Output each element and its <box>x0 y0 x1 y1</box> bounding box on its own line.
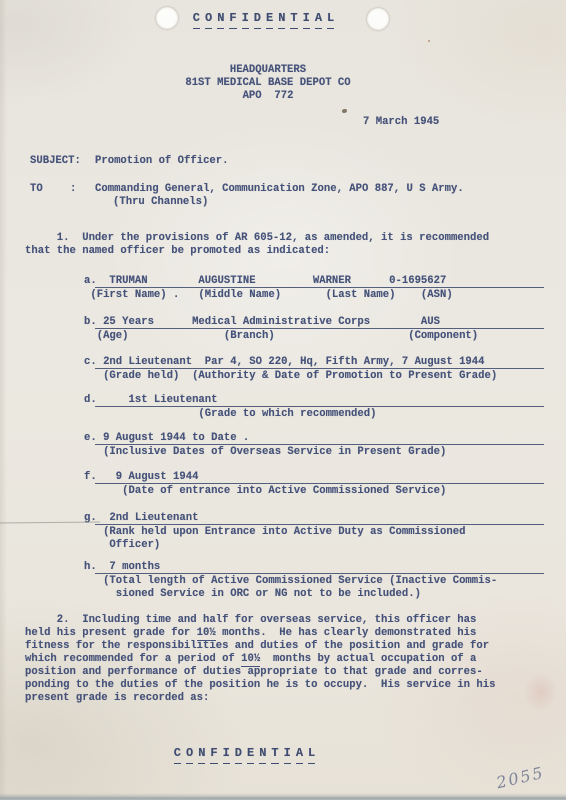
form-label-name-asn: (First Name) . (Middle Name) (Last Name)… <box>84 289 453 302</box>
paragraph-1: 1. Under the provisions of AR 605-12, as… <box>25 232 489 258</box>
to-label: TO <box>30 183 43 196</box>
form-label-service-length: (Total length of Active Commissioned Ser… <box>84 575 497 601</box>
form-underline <box>95 573 544 574</box>
form-item-c: c. 2nd Lieutenant Par 4, SO 220, Hq, Fif… <box>0 356 566 386</box>
months-in-grade-value: 10½ <box>197 627 216 641</box>
document-date: 7 March 1945 <box>363 116 439 129</box>
form-underline <box>95 368 544 369</box>
scan-bed-edge <box>0 793 566 800</box>
form-underline <box>95 287 544 288</box>
to-routing: (Thru Channels) <box>113 196 208 209</box>
form-item-b: b. 25 Years Medical Administrative Corps… <box>0 316 566 346</box>
form-item-f: f. 9 August 1944 (Date of entrance into … <box>0 471 566 501</box>
form-item-g: g. 2nd Lieutenant (Rank held upon Entran… <box>0 512 566 542</box>
form-label-grade-recommended: (Grade to which recommended) <box>84 408 376 421</box>
classification-banner-bottom: CONFIDENTIAL <box>0 746 566 764</box>
form-label-entrance-date: (Date of entrance into Active Commission… <box>84 485 446 498</box>
ink-speck <box>342 109 347 113</box>
letterhead: HEADQUARTERS 81ST MEDICAL BASE DEPOT CO … <box>0 64 566 103</box>
form-item-d: d. 1st Lieutenant (Grade to which recomm… <box>0 394 566 424</box>
form-underline <box>95 483 544 484</box>
form-label-overseas-dates: (Inclusive Dates of Overseas Service in … <box>84 446 446 459</box>
form-item-a: a. TRUMAN AUGUSTINE WARNER 0-1695627 (Fi… <box>0 275 566 305</box>
document-page: CONFIDENTIAL HEADQUARTERS 81ST MEDICAL B… <box>0 0 566 800</box>
form-label-age-branch: (Age) (Branch) (Component) <box>84 330 478 343</box>
to-separator: : <box>70 183 76 196</box>
form-item-h: h. 7 months (Total length of Active Comm… <box>0 561 566 591</box>
form-underline <box>95 406 544 407</box>
paragraph-2: 2. Including time and half for overseas … <box>25 614 495 705</box>
subject-label: SUBJECT: <box>30 155 81 168</box>
handwritten-note: 2055 <box>494 763 546 792</box>
months-recommended-value: 10½ <box>241 653 260 667</box>
classification-banner-top: CONFIDENTIAL <box>0 11 566 29</box>
to-addressee: Commanding General, Communication Zone, … <box>95 183 464 196</box>
form-item-e: e. 9 August 1944 to Date . (Inclusive Da… <box>0 432 566 462</box>
subject-value: Promotion of Officer. <box>95 155 229 168</box>
paper-stain <box>524 672 558 712</box>
form-underline <box>95 524 544 525</box>
form-label-entrance-rank: (Rank held upon Entrance into Active Dut… <box>84 526 465 552</box>
form-underline <box>95 328 544 329</box>
rust-speck <box>428 40 430 42</box>
form-underline <box>95 444 544 445</box>
form-label-grade-held: (Grade held) (Authority & Date of Promot… <box>84 370 497 383</box>
